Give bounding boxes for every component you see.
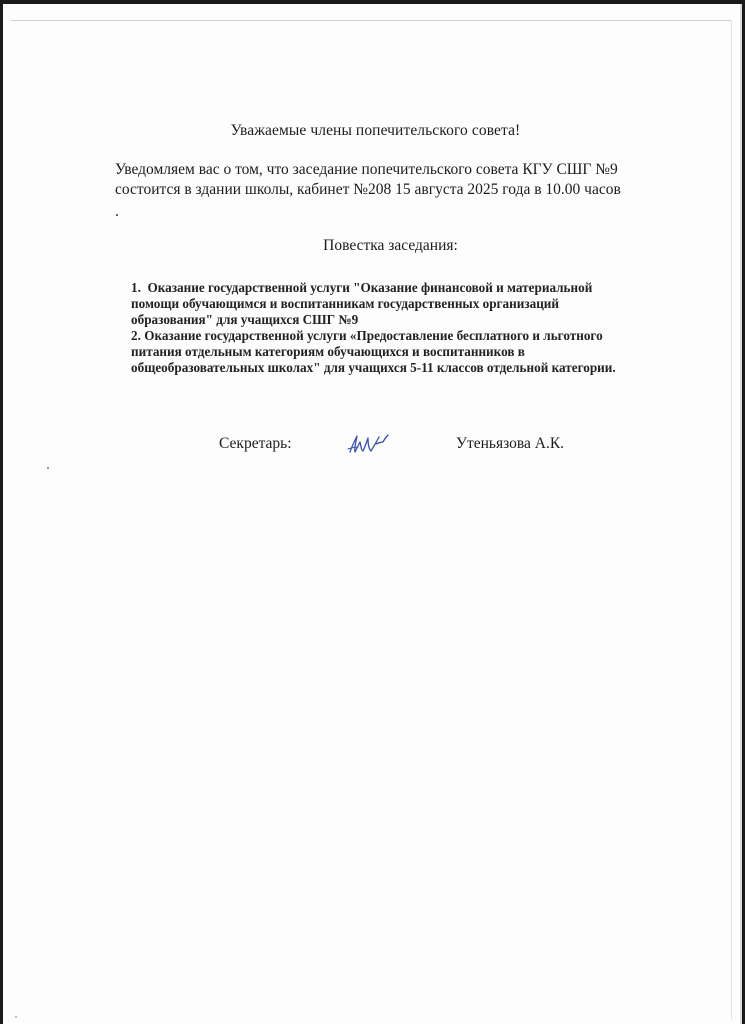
scan-speck bbox=[47, 467, 49, 469]
agenda-item-number: 2. bbox=[131, 328, 141, 343]
agenda-item-line: образования" для учащихся СШГ №9 bbox=[131, 312, 358, 327]
agenda-item-line: общеобразовательных школах" для учащихся… bbox=[131, 360, 616, 375]
signature-icon bbox=[346, 432, 392, 456]
notice-line-2: состоится в здании школы, кабинет №208 1… bbox=[115, 180, 715, 200]
agenda-item-line: помощи обучающимся и воспитанникам госуд… bbox=[131, 296, 559, 311]
agenda-title: Повестка заседания: bbox=[3, 237, 745, 255]
agenda-list: 1. Оказание государственной услуги "Оказ… bbox=[131, 280, 711, 376]
greeting-heading: Уважаемые члены попечительского совета! bbox=[3, 122, 745, 140]
agenda-item-line: Оказание государственной услуги «Предост… bbox=[144, 328, 602, 343]
agenda-item-number: 1. bbox=[131, 280, 141, 295]
secretary-name: Утеньязова А.К. bbox=[456, 435, 564, 453]
scan-edge-line bbox=[11, 20, 731, 21]
agenda-item-1: 1. Оказание государственной услуги "Оказ… bbox=[131, 280, 711, 328]
scan-speck bbox=[15, 1016, 17, 1018]
scanned-page: Уважаемые члены попечительского совета! … bbox=[3, 4, 742, 1024]
agenda-item-line: Оказание государственной услуги "Оказани… bbox=[147, 280, 592, 295]
notice-line-1: Уведомляем вас о том, что заседание попе… bbox=[115, 160, 715, 180]
scan-edge-line-right bbox=[731, 20, 732, 1020]
agenda-item-line: питания отдельным категориям обучающихся… bbox=[131, 344, 525, 359]
agenda-item-2: 2. Оказание государственной услуги «Пред… bbox=[131, 328, 711, 376]
signature-block: Секретарь: Утеньязова А.К. bbox=[3, 432, 745, 462]
meeting-notice: Уведомляем вас о том, что заседание попе… bbox=[115, 160, 715, 222]
notice-trailing-dot: . bbox=[115, 202, 715, 222]
secretary-label: Секретарь: bbox=[219, 435, 292, 453]
